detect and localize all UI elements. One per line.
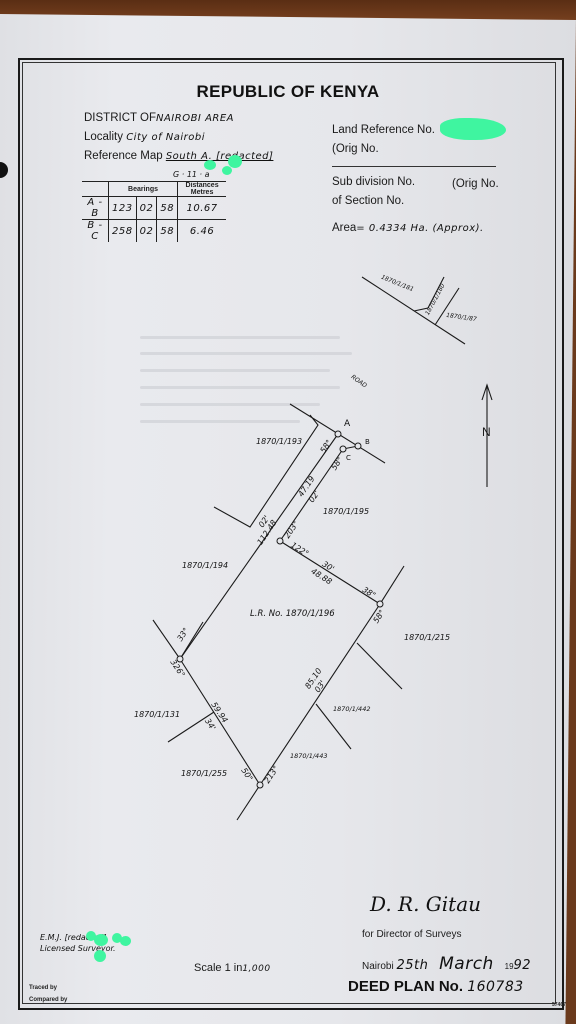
neighbor-parcel: 1870/1/195 <box>323 507 369 516</box>
form-code: 57467 <box>552 1002 566 1008</box>
neighbor-parcel: 1870/1/131 <box>134 710 180 719</box>
point-a-label: A <box>344 419 350 429</box>
deed-plan-number-field: DEED PLAN No. 160783 <box>348 978 524 995</box>
point-c-label: C <box>346 454 351 462</box>
date-field: Nairobi 25th March 1992 <box>362 954 531 974</box>
survey-plan-drawing <box>0 0 576 1024</box>
compared-by-label: Compared by <box>29 997 67 1003</box>
neighbor-parcel: 1870/1/194 <box>182 561 228 570</box>
redaction-mark <box>94 950 106 962</box>
place-label: Nairobi <box>362 961 394 972</box>
neighbor-parcel: 1870/1/193 <box>256 437 302 446</box>
neighbor-parcel: 1870/1/442 <box>333 705 370 713</box>
scale-field: Scale 1 in1,000 <box>194 962 271 974</box>
scale-value: 1,000 <box>242 964 270 974</box>
redaction-mark <box>120 936 131 946</box>
north-arrow-label: N <box>482 425 491 439</box>
deed-plan-value: 160783 <box>467 979 523 995</box>
date-month: March <box>439 954 494 974</box>
point-b-label: B <box>365 438 370 446</box>
traced-by-label: Traced by <box>29 985 57 991</box>
parcel-label: L.R. No. 1870/1/196 <box>250 609 335 619</box>
redaction-mark <box>94 934 108 946</box>
neighbor-parcel: 1870/1/443 <box>290 752 327 760</box>
neighbor-parcel: 1870/1/215 <box>404 633 450 642</box>
scale-label: Scale 1 in <box>194 962 242 974</box>
date-day: 25th <box>396 958 428 973</box>
signature: D. R. Gitau <box>370 892 481 916</box>
signatory-role: for Director of Surveys <box>362 929 461 940</box>
date-year-suffix: 92 <box>514 958 532 973</box>
date-year-prefix: 19 <box>505 962 514 971</box>
neighbor-parcel: 1870/1/255 <box>181 769 227 778</box>
deed-plan-label: DEED PLAN No. <box>348 978 463 995</box>
